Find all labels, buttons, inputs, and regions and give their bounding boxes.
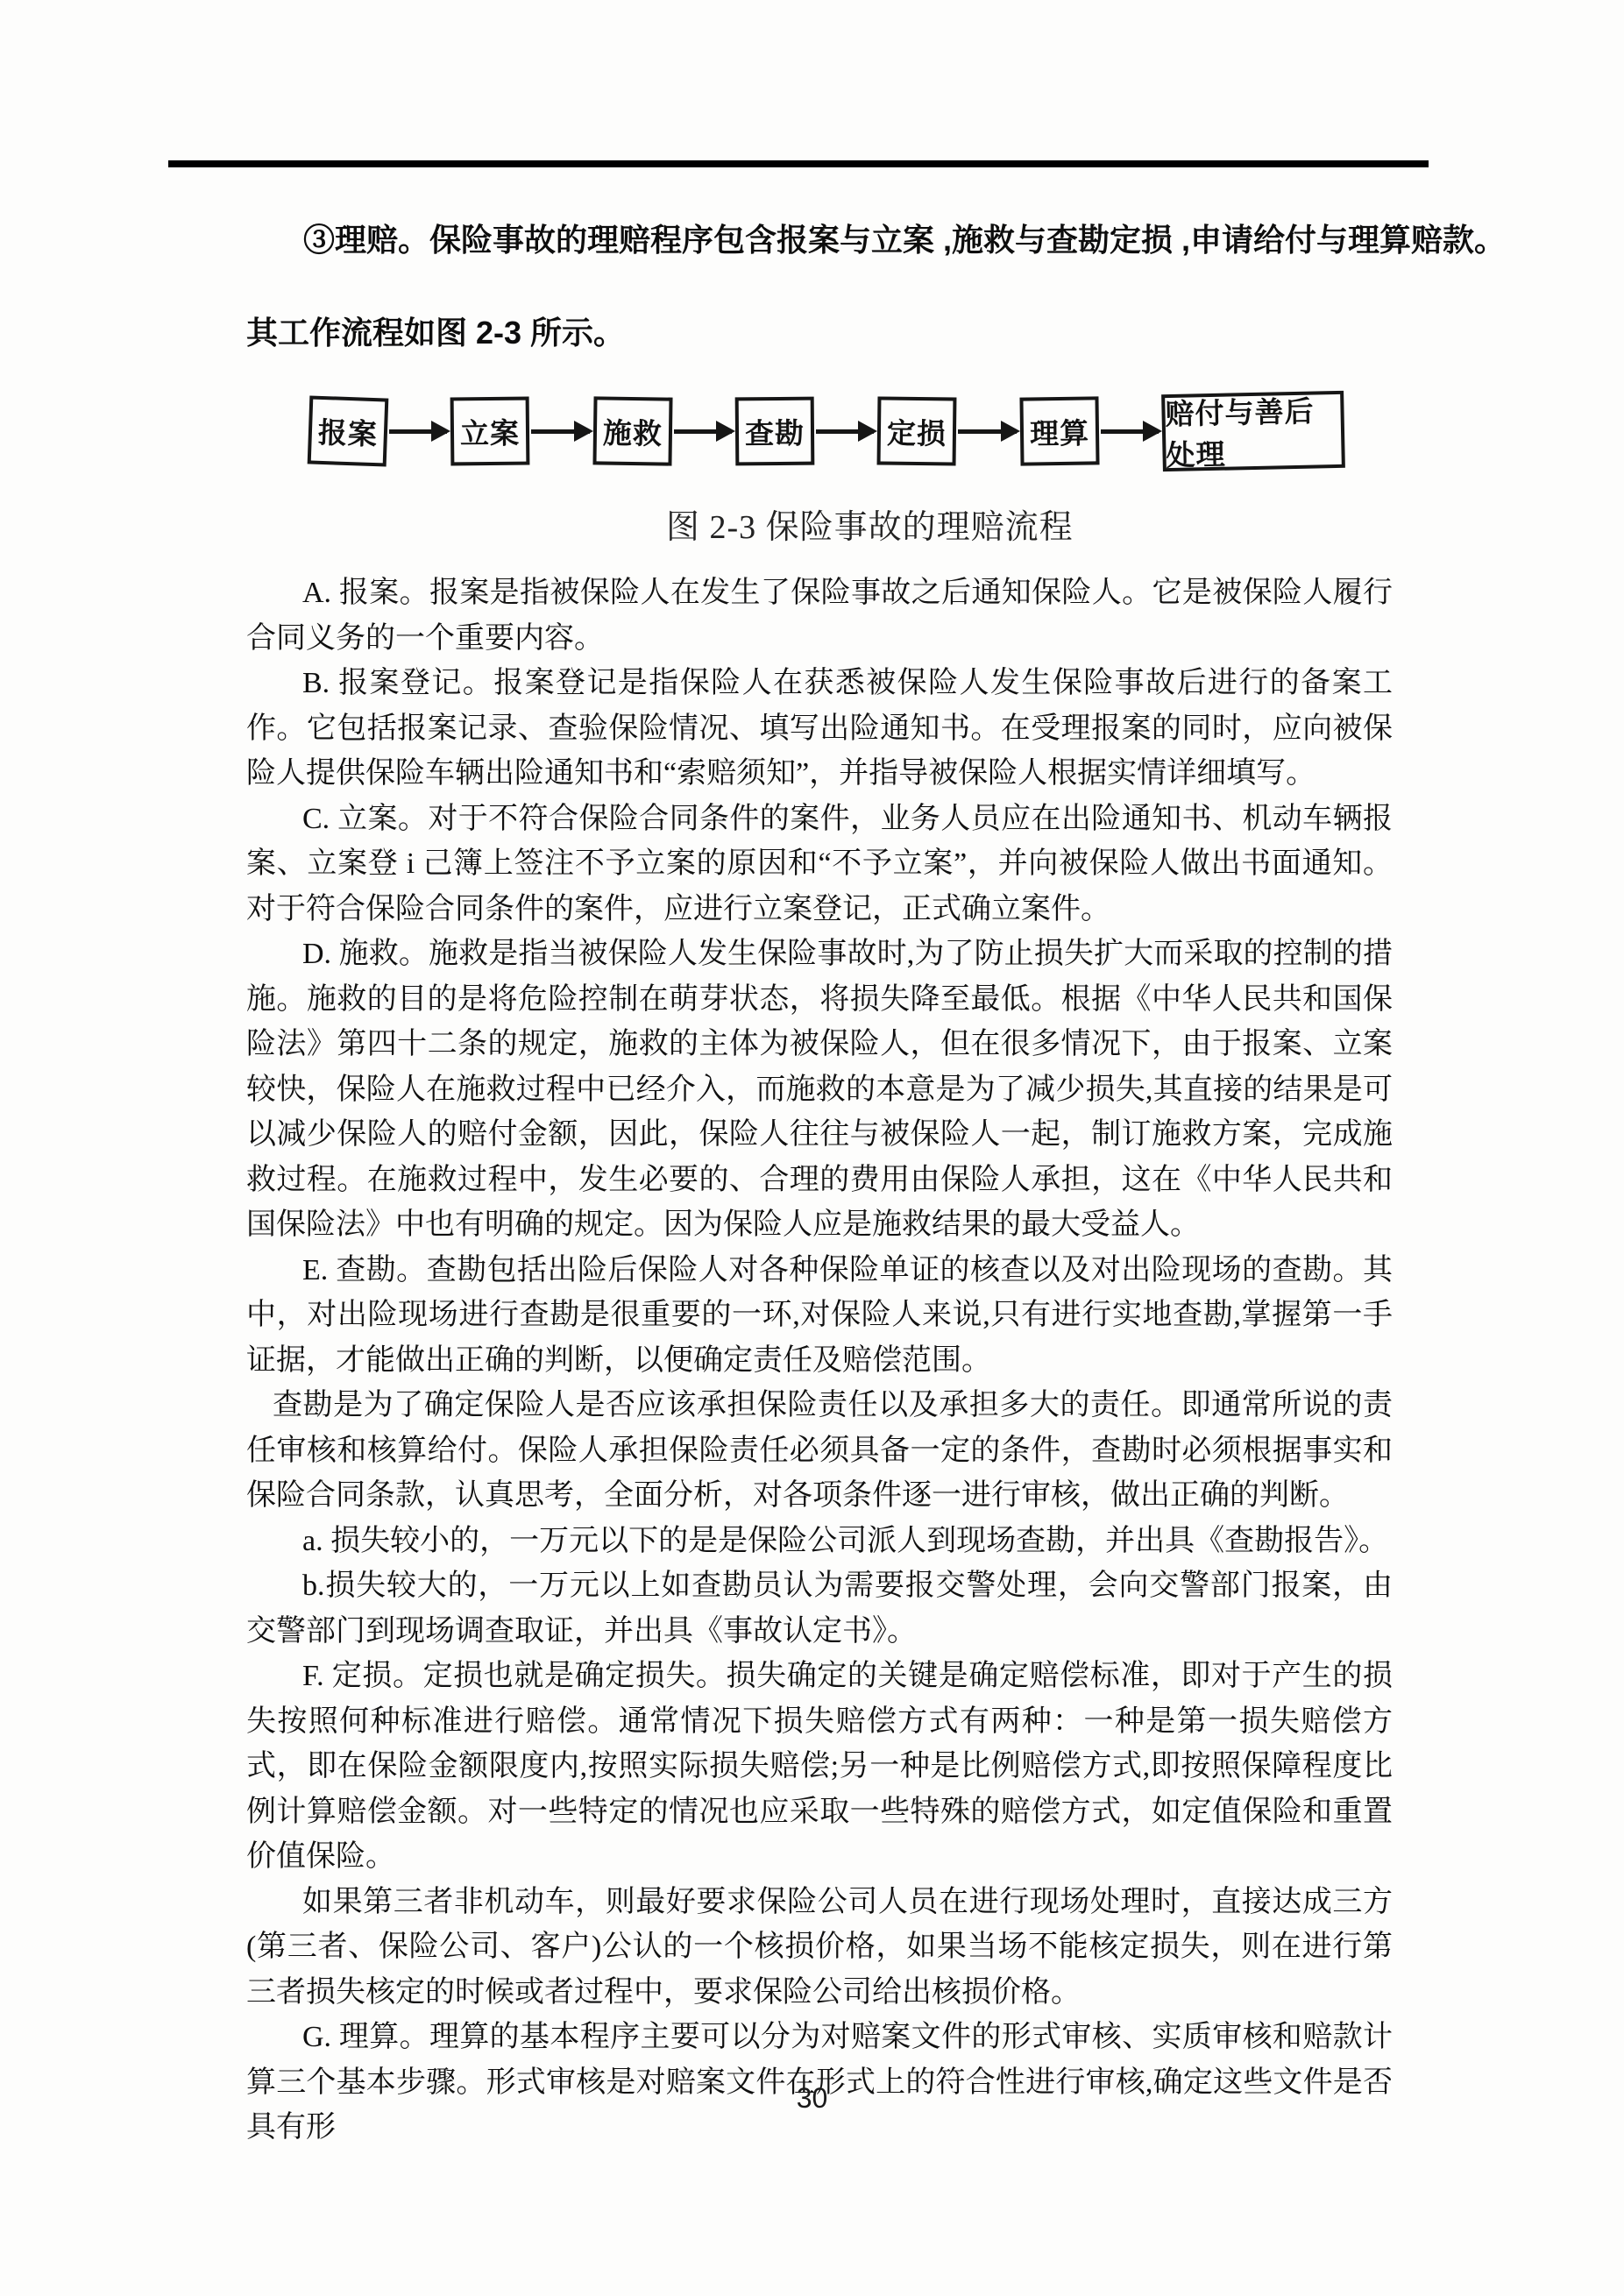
paragraph-d: D. 施救。施救是指当被保险人发生保险事故时,为了防止损失扩大而采取的控制的措施… (246, 932, 1393, 1248)
flow-arrow-icon (674, 429, 732, 434)
body-text-block: A. 报案。报案是指被保险人在发生了保险事故之后通知保险人。它是被保险人履行 合… (246, 570, 1393, 2151)
flow-arrow-icon (1101, 429, 1159, 434)
claims-flowchart: 报案 立案 施救 查勘 定损 理算 赔付与善后处理 (308, 387, 1344, 475)
paragraph-b: B. 报案登记。报案登记是指保险人在获悉被保险人发生保险事故后进行的备案工作。它… (246, 661, 1393, 797)
flow-box-baoan: 报案 (308, 395, 389, 466)
intro-line-2: 其工作流程如图 2-3 所示。 (246, 308, 625, 353)
flow-box-lisuan: 理算 (1019, 396, 1099, 465)
top-rule-divider (168, 160, 1429, 167)
paragraph-c: C. 立案。对于不符合保险合同条件的案件，业务人员应在出险通知书、机动车辆报案、… (246, 797, 1393, 932)
paragraph-item-a: a. 损失较小的，一万元以下的是是保险公司派人到现场查勘，并出具《查勘报告》。 (246, 1519, 1393, 1564)
flow-arrow-icon (816, 429, 874, 434)
paragraph-ruguo: 如果第三者非机动车，则最好要求保险公司人员在进行现场处理时，直接达成三方(第三者… (246, 1880, 1393, 2016)
flow-box-dingsun: 定损 (877, 396, 957, 465)
flow-box-lian: 立案 (450, 397, 530, 466)
flow-box-shijiu: 施救 (592, 396, 672, 465)
flow-arrow-icon (531, 429, 589, 434)
intro-line-1: ③理赔。保险事故的理赔程序包含报案与立案 ,施救与查勘定损 ,申请给付与理算赔款… (303, 216, 1506, 260)
paragraph-chakan: 查勘是为了确定保险人是否应该承担保险责任以及承担多大的责任。即通常所说的责任审核… (246, 1383, 1393, 1519)
flow-box-chakan: 查勘 (735, 397, 815, 466)
paragraph-e: E. 查勘。查勘包括出险后保险人对各种保险单证的核查以及对出险现场的查勘。其中，… (246, 1248, 1393, 1384)
flow-arrow-icon (389, 429, 447, 434)
page-number: 30 (0, 2082, 1624, 2115)
flow-box-peifu: 赔付与善后处理 (1161, 391, 1345, 471)
paragraph-a: A. 报案。报案是指被保险人在发生了保险事故之后通知保险人。它是被保险人履行 合… (246, 570, 1393, 661)
figure-caption: 图 2-3 保险事故的理赔流程 (666, 500, 1074, 548)
paragraph-item-b: b.损失较大的，一万元以上如查勘员认为需要报交警处理，会向交警部门报案，由交警部… (246, 1563, 1393, 1654)
paragraph-f: F. 定损。定损也就是确定损失。损失确定的关键是确定赔偿标准，即对于产生的损失按… (246, 1654, 1393, 1880)
scanned-document-page: ③理赔。保险事故的理赔程序包含报案与立案 ,施救与查勘定损 ,申请给付与理算赔款… (0, 0, 1624, 2296)
flow-arrow-icon (958, 429, 1016, 434)
